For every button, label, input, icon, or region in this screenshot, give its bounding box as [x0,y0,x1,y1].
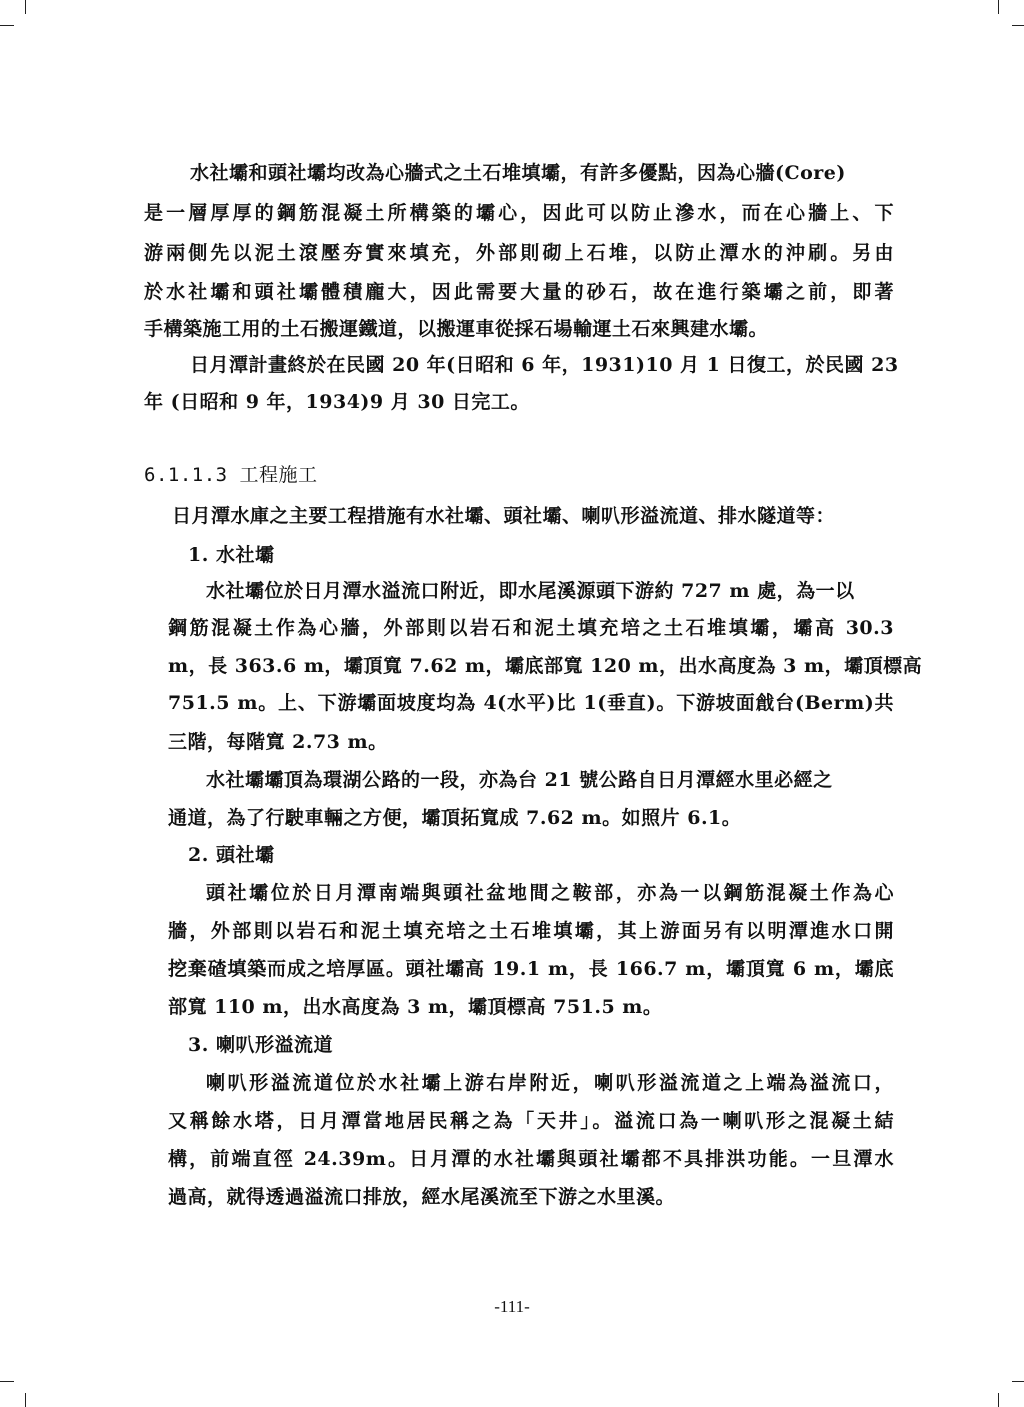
crop-mark-bottom-left-v [25,1393,26,1407]
item-1-para-1-line-2: 鋼筋混凝土作為心牆，外部則以岩石和泥土填充培之土石堆填壩，壩高 30.3 [168,615,894,641]
item-3-para-1-line-4: 過高，就得透過溢流口排放，經水尾溪流至下游之水里溪。 [168,1184,675,1210]
item-3-para-1-line-1: 喇叭形溢流道位於水社壩上游右岸附近，喇叭形溢流道之上端為溢流口， [206,1070,894,1096]
crop-mark-top-left-h [0,25,14,26]
crop-mark-bottom-left-h [0,1381,14,1382]
section-heading: 6.1.1.3 工程施工 [144,462,318,488]
crop-mark-top-right-v [998,0,999,14]
item-1-para-2-line-2: 通道，為了行駛車輛之方便，壩頂拓寬成 7.62 m。如照片 6.1。 [168,805,741,831]
item-2-para-1-line-1: 頭社壩位於日月潭南端與頭社盆地間之鞍部，亦為一以鋼筋混凝土作為心 [206,880,894,906]
item-1-para-1-line-3: m，長 363.6 m，壩頂寬 7.62 m，壩底部寬 120 m，出水高度為 … [168,653,894,679]
crop-mark-bottom-right-h [1012,1381,1024,1382]
paragraph-1-line-3: 游兩側先以泥土滾壓夯實來填充，外部則砌上石堆，以防止潭水的沖刷。另由 [144,240,894,266]
paragraph-1-line-2: 是一層厚厚的鋼筋混凝土所構築的壩心，因此可以防止滲水，而在心牆上、下 [144,200,894,226]
item-1-para-1-line-1: 水社壩位於日月潭水溢流口附近，即水尾溪源頭下游約 727 m 處，為一以 [206,578,894,604]
item-2-title: 2. 頭社壩 [188,842,274,868]
item-1-para-2-line-1: 水社壩壩頂為環湖公路的一段，亦為台 21 號公路自日月潭經水里必經之 [206,767,894,793]
item-1-title: 1. 水社壩 [188,542,274,568]
item-2-para-1-line-2: 牆，外部則以岩石和泥土填充培之土石堆填壩，其上游面另有以明潭進水口開 [168,918,894,944]
paragraph-1-line-5: 手構築施工用的土石搬運鐵道，以搬運車從採石場輸運土石來興建水壩。 [144,316,768,342]
item-3-para-1-line-3: 構，前端直徑 24.39m。日月潭的水社壩與頭社壩都不具排洪功能。一旦潭水 [168,1146,894,1172]
section-intro: 日月潭水庫之主要工程措施有水社壩、頭社壩、喇叭形溢流道、排水隧道等： [172,503,835,529]
paragraph-1-line-1: 水社壩和頭社壩均改為心牆式之土石堆填壩，有許多優點，因為心牆(Core) [190,160,894,186]
crop-mark-top-right-h [1012,25,1024,26]
item-1-para-1-line-5: 三階，每階寬 2.73 m。 [168,729,388,755]
crop-mark-top-left-v [25,0,26,14]
item-2-para-1-line-3: 挖棄碴填築而成之培厚區。頭社壩高 19.1 m，長 166.7 m，壩頂寬 6 … [168,956,894,982]
item-3-title: 3. 喇叭形溢流道 [188,1032,333,1058]
paragraph-2-line-1: 日月潭計畫終於在民國 20 年(日昭和 6 年，1931)10 月 1 日復工，… [190,352,894,378]
paragraph-2-line-2: 年 (日昭和 9 年，1934)9 月 30 日完工。 [144,389,530,415]
item-1-para-1-line-4: 751.5 m。上、下游壩面坡度均為 4(水平)比 1(垂直)。下游坡面戧台(B… [168,690,894,716]
item-3-para-1-line-2: 又稱餘水塔，日月潭當地居民稱之為「天井」。溢流口為一喇叭形之混凝土結 [168,1108,894,1134]
item-2-para-1-line-4: 部寬 110 m，出水高度為 3 m，壩頂標高 751.5 m。 [168,994,662,1020]
paragraph-1-line-4: 於水社壩和頭社壩體積龐大，因此需要大量的砂石，故在進行築壩之前，即著 [144,279,894,305]
page-number: -111- [0,1297,1024,1317]
crop-mark-bottom-right-v [998,1393,999,1407]
